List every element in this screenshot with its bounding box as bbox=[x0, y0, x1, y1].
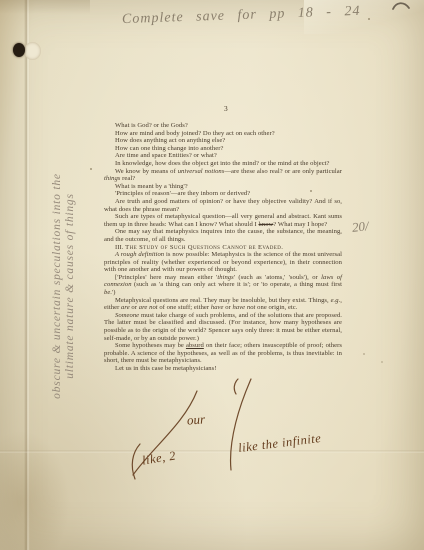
ink-curve-right bbox=[231, 379, 251, 470]
scanned-page: Complete save for pp 18 - 24 3 What is G… bbox=[0, 0, 424, 550]
ink-stroke-overlay bbox=[0, 0, 424, 550]
pencil-corner-mark bbox=[393, 3, 409, 9]
ink-paren-text bbox=[234, 379, 238, 394]
ink-paren-bottom-left bbox=[132, 444, 140, 479]
handwritten-word-our: our bbox=[186, 411, 205, 428]
